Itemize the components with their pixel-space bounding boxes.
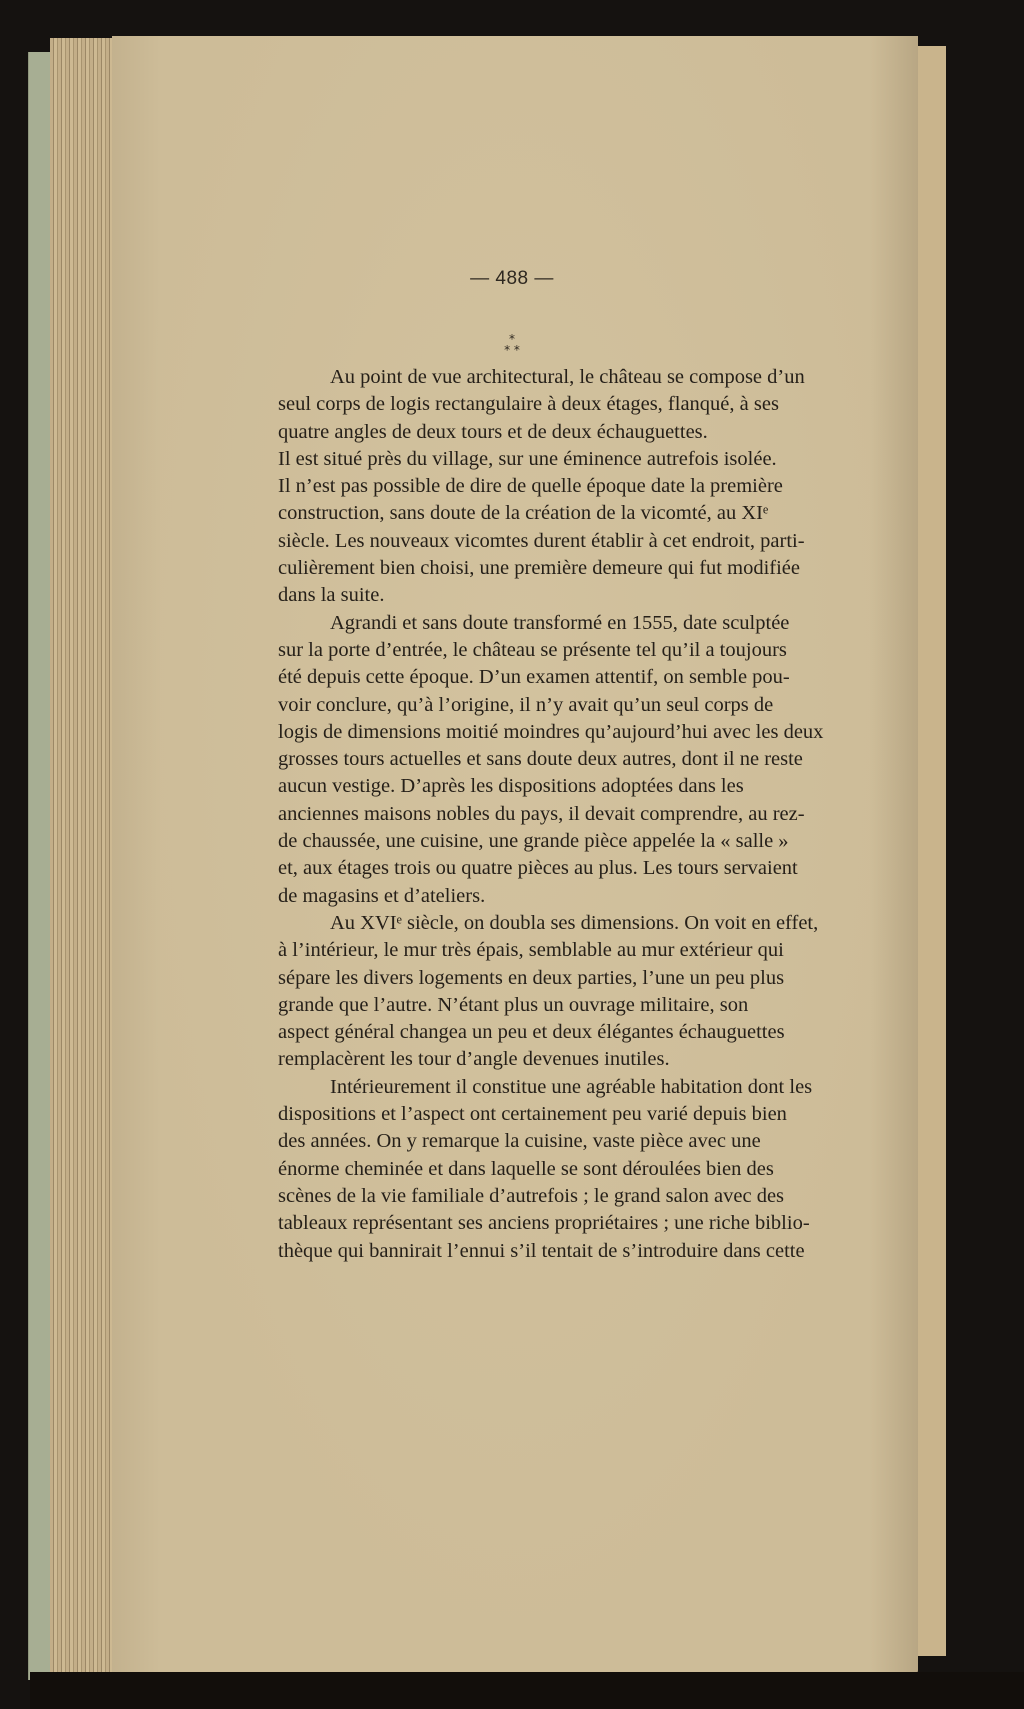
text-line: dans la suite.: [278, 582, 893, 609]
text-line: scènes de la vie familiale d’autrefois ;…: [278, 1183, 893, 1210]
text-line: Intérieurement il constitue une agréable…: [278, 1074, 893, 1101]
body-text: Au point de vue architectural, le châtea…: [278, 364, 893, 1265]
text-line: aspect général changea un peu et deux él…: [278, 1019, 893, 1046]
asterism-bottom: * *: [0, 345, 1024, 356]
text-line: grosses tours actuelles et sans doute de…: [278, 746, 893, 773]
text-line: énorme cheminée et dans laquelle se sont…: [278, 1156, 893, 1183]
text-line: remplacèrent les tour d’angle devenues i…: [278, 1046, 893, 1073]
paragraph: Intérieurement il constitue une agréable…: [278, 1074, 893, 1265]
text-line: aucun vestige. D’après les dispositions …: [278, 773, 893, 800]
page-number: — 488 —: [0, 268, 1024, 290]
text-line: Au XVIᵉ siècle, on doubla ses dimensions…: [278, 910, 893, 937]
text-line: logis de dimensions moitié moindres qu’a…: [278, 719, 893, 746]
paragraph: Au point de vue architectural, le châtea…: [278, 364, 893, 610]
text-line: sépare les divers logements en deux part…: [278, 965, 893, 992]
section-asterism: * * *: [0, 334, 1024, 356]
text-line: seul corps de logis rectangulaire à deux…: [278, 391, 893, 418]
text-line: siècle. Les nouveaux vicomtes durent éta…: [278, 528, 893, 555]
text-line: quatre angles de deux tours et de deux é…: [278, 419, 893, 446]
text-line: grande que l’autre. N’étant plus un ouvr…: [278, 992, 893, 1019]
text-line: thèque qui bannirait l’ennui s’il tentai…: [278, 1238, 893, 1265]
text-line: de chaussée, une cuisine, une grande piè…: [278, 828, 893, 855]
text-line: tableaux représentant ses anciens propri…: [278, 1210, 893, 1237]
text-line: culièrement bien choisi, une première de…: [278, 555, 893, 582]
text-line: Au point de vue architectural, le châtea…: [278, 364, 893, 391]
text-line: sur la porte d’entrée, le château se pré…: [278, 637, 893, 664]
text-line: Il est situé près du village, sur une ém…: [278, 446, 893, 473]
text-line: construction, sans doute de la création …: [278, 500, 893, 527]
text-line: et, aux étages trois ou quatre pièces au…: [278, 855, 893, 882]
text-line: anciennes maisons nobles du pays, il dev…: [278, 801, 893, 828]
text-line: de magasins et d’ateliers.: [278, 883, 893, 910]
text-line: Il n’est pas possible de dire de quelle …: [278, 473, 893, 500]
text-line: des années. On y remarque la cuisine, va…: [278, 1128, 893, 1155]
paragraph: Agrandi et sans doute transformé en 1555…: [278, 610, 893, 910]
text-line: été depuis cette époque. D’un examen att…: [278, 664, 893, 691]
text-line: dispositions et l’aspect ont certainemen…: [278, 1101, 893, 1128]
text-line: voir conclure, qu’à l’origine, il n’y av…: [278, 692, 893, 719]
background-bottom: [30, 1672, 1024, 1709]
text-line: Agrandi et sans doute transformé en 1555…: [278, 610, 893, 637]
text-line: à l’intérieur, le mur très épais, sembla…: [278, 937, 893, 964]
paragraph: Au XVIᵉ siècle, on doubla ses dimensions…: [278, 910, 893, 1074]
